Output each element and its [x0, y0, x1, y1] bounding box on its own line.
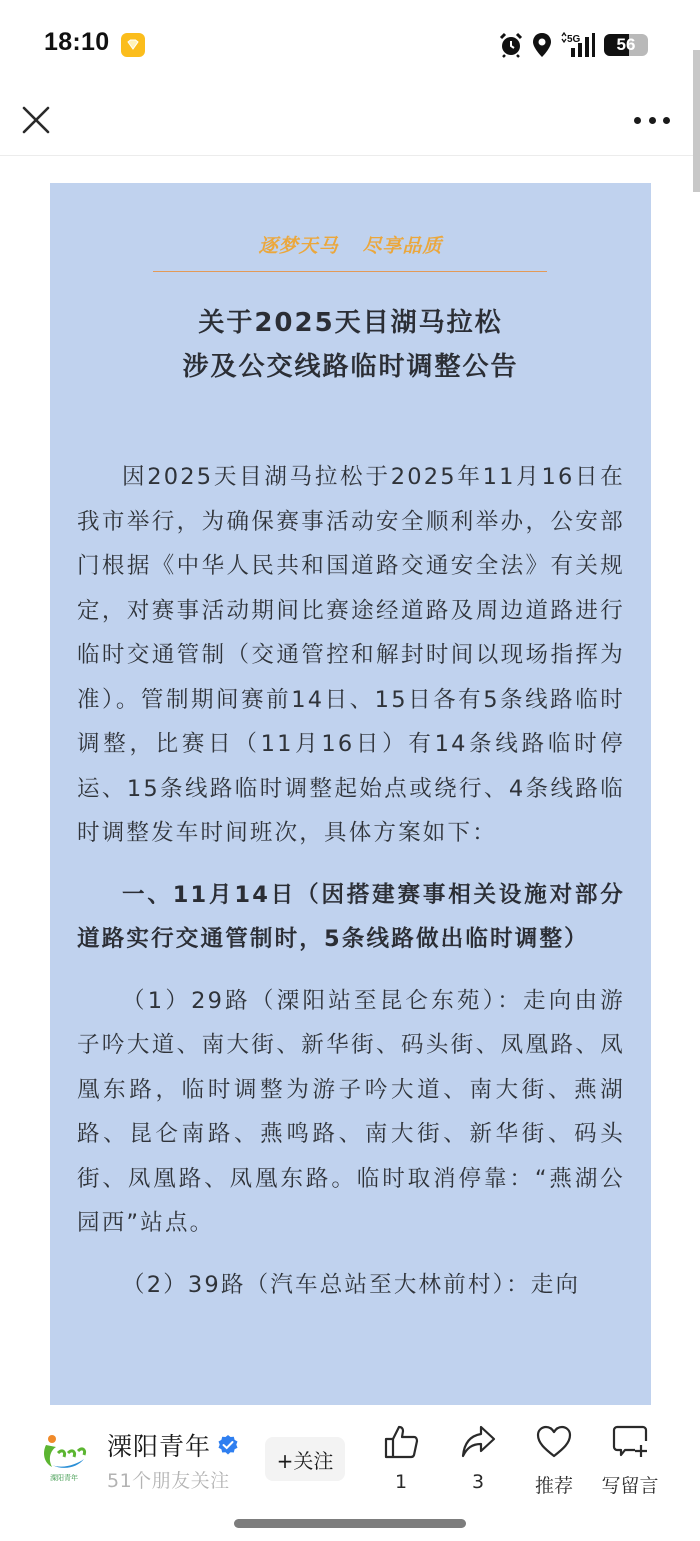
thumbs-up-icon	[382, 1423, 420, 1461]
author-name[interactable]: 溧阳青年	[107, 1427, 239, 1463]
article-body: 因2025天目湖马拉松于2025年11月16日在我市举行，为确保赛事活动安全顺利…	[77, 455, 625, 1324]
article-title: 关于2025天目湖马拉松 涉及公交线路临时调整公告	[50, 301, 651, 389]
author-logo-icon: 溧阳青年	[38, 1431, 90, 1483]
followers-count: 51个朋友关注	[107, 1466, 230, 1493]
author-avatar[interactable]: 溧阳青年	[38, 1431, 90, 1483]
more-dot-icon	[649, 117, 656, 124]
divider	[153, 271, 547, 272]
title-line: 涉及公交线路临时调整公告	[50, 345, 651, 389]
like-button[interactable]: 1	[366, 1423, 436, 1493]
bottom-bar: 溧阳青年 溧阳青年 51个朋友关注 +关注 1 3 推荐 写留言	[0, 1405, 700, 1541]
close-icon	[20, 104, 52, 136]
close-button[interactable]	[20, 104, 52, 136]
title-line: 关于2025天目湖马拉松	[50, 301, 651, 345]
write-comment-label: 写留言	[595, 1471, 665, 1498]
app-notification-icon	[121, 33, 145, 57]
follow-button[interactable]: +关注	[265, 1437, 345, 1481]
status-icons: 5G 56	[499, 30, 648, 60]
battery-icon: 56	[604, 34, 648, 56]
section-heading: 一、11月14日（因搭建赛事相关设施对部分道路实行交通管制时，5条线路做出临时调…	[77, 873, 625, 962]
alarm-icon	[499, 32, 523, 58]
share-count: 3	[443, 1471, 513, 1493]
signal-5g-icon: 5G	[561, 32, 595, 58]
more-dot-icon	[663, 117, 670, 124]
route-paragraph: （2）39路（汽车总站至大林前村）：走向	[77, 1263, 625, 1308]
comment-add-icon	[611, 1423, 649, 1461]
nav-bar	[0, 90, 700, 156]
write-comment-button[interactable]: 写留言	[595, 1423, 665, 1498]
page-scrollbar[interactable]	[693, 50, 700, 192]
route-paragraph: （1）29路（溧阳站至昆仑东苑）：走向由游子吟大道、南大街、新华街、码头街、凤凰…	[77, 979, 625, 1246]
svg-text:溧阳青年: 溧阳青年	[50, 1473, 78, 1482]
intro-paragraph: 因2025天目湖马拉松于2025年11月16日在我市举行，为确保赛事活动安全顺利…	[77, 455, 625, 856]
share-button[interactable]: 3	[443, 1423, 513, 1493]
status-time: 18:10	[44, 28, 109, 57]
status-bar: 18:10 5G 56	[0, 0, 700, 90]
like-count: 1	[366, 1471, 436, 1493]
verified-badge-icon	[217, 1434, 239, 1456]
recommend-button[interactable]: 推荐	[519, 1423, 589, 1498]
article-card: 逐梦天马 尽享品质 关于2025天目湖马拉松 涉及公交线路临时调整公告 因202…	[50, 183, 651, 1405]
location-icon	[532, 32, 552, 58]
recommend-label: 推荐	[519, 1471, 589, 1498]
more-dot-icon	[634, 117, 641, 124]
share-icon	[459, 1423, 497, 1461]
slogan-banner: 逐梦天马 尽享品质	[50, 231, 651, 258]
slogan-part: 逐梦天马	[259, 235, 339, 257]
slogan-part: 尽享品质	[362, 235, 442, 257]
home-indicator[interactable]	[234, 1519, 466, 1528]
more-options-button[interactable]	[634, 110, 670, 130]
heart-icon	[535, 1423, 573, 1461]
